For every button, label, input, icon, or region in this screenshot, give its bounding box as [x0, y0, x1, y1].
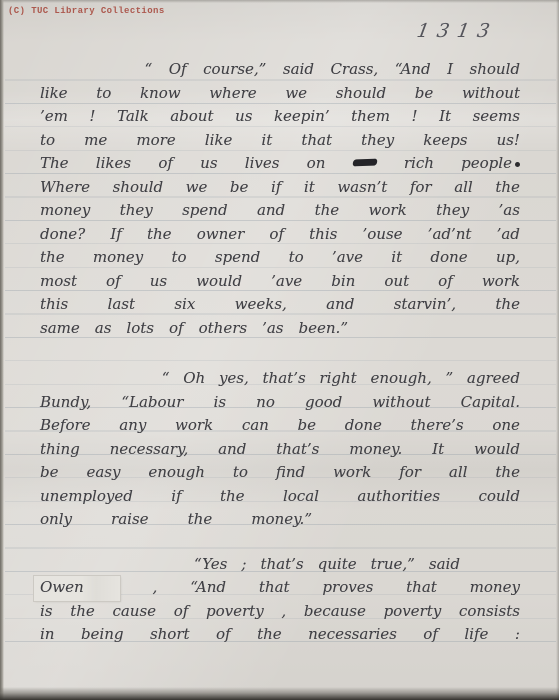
word: others	[199, 317, 247, 341]
word: of	[438, 270, 453, 294]
word: for	[399, 461, 421, 485]
word: where	[209, 82, 256, 106]
word: be	[40, 461, 58, 485]
word: If	[110, 223, 121, 247]
word: of	[269, 223, 284, 247]
word: us	[200, 152, 217, 176]
word: poverty	[206, 600, 264, 624]
word: money	[93, 246, 143, 270]
word: me	[84, 129, 107, 153]
word: easy	[86, 461, 120, 485]
word: they	[436, 199, 469, 223]
word: weeks,	[235, 293, 287, 317]
word: money.”	[251, 508, 312, 532]
word: that’s	[263, 367, 306, 391]
word: more	[136, 129, 175, 153]
word: of	[106, 270, 121, 294]
word: the	[188, 508, 213, 532]
word: ’ouse	[362, 223, 402, 247]
word: that’s	[260, 553, 303, 577]
word: most	[40, 270, 77, 294]
manuscript-line: tomemorelikeitthattheykeepsus!	[40, 129, 520, 153]
word: ”	[445, 367, 453, 391]
word: would	[474, 438, 520, 462]
handwritten-text: “Ofcourse,”saidCrass,“AndIshouldliketokn…	[40, 58, 520, 647]
word: this	[309, 223, 337, 247]
word: ,	[281, 600, 286, 624]
word: about	[170, 105, 213, 129]
manuscript-line: Thelikesofuslivesonrichpeople	[40, 152, 520, 176]
manuscript-line: Owen,“Andthatprovesthatmoney	[40, 576, 520, 600]
word: up,	[496, 246, 520, 270]
word: ’ave	[332, 246, 363, 270]
word: they	[361, 129, 394, 153]
word: consists	[459, 600, 520, 624]
word: done?	[40, 223, 85, 247]
word: enough	[148, 461, 205, 485]
word: “	[145, 58, 153, 82]
word: right	[319, 367, 356, 391]
word: it	[261, 129, 272, 153]
word: be	[415, 82, 433, 106]
word: is	[40, 600, 53, 624]
manuscript-line: mostofuswould’avebinoutofwork	[40, 270, 520, 294]
word: local	[283, 485, 319, 509]
word: like	[40, 82, 68, 106]
manuscript-line: Whereshouldwebeifitwasn’tforallthe	[40, 176, 520, 200]
word: no	[256, 391, 275, 415]
word: know	[140, 82, 181, 106]
manuscript-line: ’em!Talkaboutuskeepin’them!Itseems	[40, 105, 520, 129]
word: Oh	[183, 367, 205, 391]
manuscript-line: thingnecessary,andthat’smoney.Itwould	[40, 438, 520, 462]
word: Bundy,	[40, 391, 91, 415]
word: people	[461, 152, 520, 176]
word: Where	[40, 176, 90, 200]
word: that	[301, 129, 332, 153]
word: short	[150, 623, 190, 647]
page-number: 1313	[415, 20, 499, 42]
word: to	[40, 129, 55, 153]
word: all	[449, 461, 468, 485]
manuscript-line: themoneytospendto’aveitdoneup,	[40, 246, 520, 270]
word: starvin’,	[394, 293, 456, 317]
word: and	[218, 438, 246, 462]
manuscript-line: done?Iftheownerofthis’ouse’ad’nt’ad	[40, 223, 520, 247]
word: quite	[318, 553, 357, 577]
word: It	[439, 105, 451, 129]
word: lots	[126, 317, 154, 341]
word: the	[495, 293, 520, 317]
word: thing	[40, 438, 80, 462]
ink-dot	[515, 162, 520, 167]
manuscript-line: Bundy,“LabourisnogoodwithoutCapital.	[40, 391, 520, 415]
word: if	[271, 176, 281, 200]
paragraph: “Ohyes,that’srightenough,”agreedBundy,“L…	[40, 367, 520, 532]
word: like	[205, 129, 233, 153]
word: ;	[241, 553, 246, 577]
word: lives	[245, 152, 280, 176]
word: it	[391, 246, 402, 270]
word: that	[259, 576, 290, 600]
manuscript-line: unemployedifthelocalauthoritiescould	[40, 485, 520, 509]
word: raise	[111, 508, 149, 532]
word: being	[81, 623, 124, 647]
word: yes,	[219, 367, 249, 391]
manuscript-line: liketoknowwhereweshouldbewithout	[40, 82, 520, 106]
word: work	[175, 414, 213, 438]
word: to	[171, 246, 186, 270]
word: without	[372, 391, 430, 415]
word: of	[169, 317, 184, 341]
word: good	[305, 391, 342, 415]
word: the	[147, 223, 172, 247]
word: money.	[349, 438, 402, 462]
word: “Labour	[121, 391, 183, 415]
library-watermark: (C) TUC Library Collections	[8, 6, 165, 16]
word: ,	[153, 576, 158, 600]
word: Owen	[40, 576, 120, 601]
word: owner	[197, 223, 245, 247]
word: last	[108, 293, 135, 317]
word: us	[235, 105, 252, 129]
word: money	[40, 199, 90, 223]
word: necessaries	[308, 623, 397, 647]
word: said	[283, 58, 314, 82]
word: Capital.	[461, 391, 520, 415]
word: for	[410, 176, 432, 200]
word: The	[40, 152, 69, 176]
word: agreed	[467, 367, 520, 391]
word: and	[326, 293, 354, 317]
word: all	[454, 176, 473, 200]
manuscript-page: (C) TUC Library Collections 1313 “Ofcour…	[0, 0, 559, 700]
word: seems	[473, 105, 520, 129]
word: cause	[112, 600, 156, 624]
word: the	[315, 199, 340, 223]
word: if	[171, 485, 181, 509]
word: !	[89, 105, 95, 129]
word: “Yes	[194, 553, 227, 577]
word: done	[430, 246, 467, 270]
page-edge-bottom	[0, 687, 559, 700]
word: Crass,	[330, 58, 378, 82]
word: to	[96, 82, 111, 106]
word: ’ad’nt	[428, 223, 472, 247]
word: we	[285, 82, 307, 106]
word: ’ave	[271, 270, 302, 294]
word: that’s	[276, 438, 319, 462]
word: could	[478, 485, 520, 509]
word: to	[289, 246, 304, 270]
word	[353, 152, 377, 176]
word: of	[174, 600, 189, 624]
page-edge-left	[0, 0, 4, 700]
word: it	[304, 176, 315, 200]
word: be	[230, 176, 248, 200]
word: I	[447, 58, 453, 82]
word: necessary,	[110, 438, 189, 462]
word: to	[233, 461, 248, 485]
word: same	[40, 317, 80, 341]
word: find	[276, 461, 305, 485]
word: be	[298, 414, 316, 438]
word: keepin’	[274, 105, 330, 129]
word: Talk	[117, 105, 149, 129]
word: should	[336, 82, 386, 106]
word: spend	[182, 199, 227, 223]
word: and	[257, 199, 285, 223]
word: should	[113, 176, 163, 200]
word: us!	[497, 129, 520, 153]
word: only	[40, 508, 72, 532]
word: money	[470, 576, 520, 600]
word: work	[333, 461, 371, 485]
word: enough,	[370, 367, 431, 391]
word: because	[304, 600, 366, 624]
word: is	[214, 391, 227, 415]
word: the	[495, 461, 520, 485]
word: six	[174, 293, 195, 317]
word: “And	[190, 576, 226, 600]
word: work	[482, 270, 520, 294]
manuscript-line: “Yes;that’squitetrue,”said	[40, 553, 460, 577]
word: the	[220, 485, 245, 509]
word: this	[40, 293, 68, 317]
manuscript-line: isthecauseofpoverty,becausepovertyconsis…	[40, 600, 520, 624]
word: “And	[395, 58, 431, 82]
word: likes	[96, 152, 131, 176]
word: one	[492, 414, 520, 438]
word: as	[95, 317, 112, 341]
word: “	[162, 367, 170, 391]
word: any	[119, 414, 146, 438]
word: rich	[404, 152, 434, 176]
word: keeps	[423, 129, 467, 153]
word: of	[423, 623, 438, 647]
manuscript-line: “Ofcourse,”saidCrass,“AndIshould	[40, 58, 520, 82]
word: true,”	[371, 553, 415, 577]
word: said	[429, 553, 460, 577]
word: that	[406, 576, 437, 600]
word: in	[40, 623, 54, 647]
correction-patch: Owen	[34, 576, 120, 601]
word: work	[369, 199, 407, 223]
word: It	[432, 438, 444, 462]
word: of	[216, 623, 231, 647]
word: the	[40, 246, 65, 270]
manuscript-line: Beforeanyworkcanbedonethere’sone	[40, 414, 520, 438]
word: !	[412, 105, 418, 129]
word: out	[384, 270, 409, 294]
word: should	[470, 58, 520, 82]
word: :	[515, 623, 520, 647]
word: the	[257, 623, 282, 647]
page-edge-top	[0, 0, 559, 3]
manuscript-line: onlyraisethemoney.”	[40, 508, 312, 532]
word: would	[196, 270, 242, 294]
word: the	[70, 600, 95, 624]
word: us	[150, 270, 167, 294]
paragraph: “Yes;that’squitetrue,”saidOwen,“Andthatp…	[40, 553, 520, 647]
manuscript-line: thislastsixweeks,andstarvin’,the	[40, 293, 520, 317]
word: ’em	[40, 105, 68, 129]
word: wasn’t	[337, 176, 387, 200]
word: life	[464, 623, 488, 647]
word: of	[158, 152, 173, 176]
word: bin	[331, 270, 355, 294]
manuscript-line: inbeingshortofthenecessariesoflife:	[40, 623, 520, 647]
word: spend	[215, 246, 260, 270]
manuscript-line: moneytheyspendandtheworkthey’as	[40, 199, 520, 223]
word: ’ad	[497, 223, 520, 247]
word: unemployed	[40, 485, 133, 509]
manuscript-line: sameaslotsofothers’asbeen.”	[40, 317, 348, 341]
word: poverty	[384, 600, 442, 624]
word: can	[242, 414, 269, 438]
word: we	[186, 176, 208, 200]
word: without	[462, 82, 520, 106]
word: ’as	[499, 199, 520, 223]
word: they	[120, 199, 153, 223]
word: Of	[169, 58, 187, 82]
word: on	[307, 152, 326, 176]
word: Before	[40, 414, 91, 438]
word: the	[495, 176, 520, 200]
paragraph: “Ofcourse,”saidCrass,“AndIshouldliketokn…	[40, 58, 520, 340]
word: been.”	[299, 317, 348, 341]
word: course,”	[203, 58, 266, 82]
word: authorities	[357, 485, 440, 509]
word: done	[345, 414, 382, 438]
word: proves	[322, 576, 373, 600]
manuscript-line: “Ohyes,that’srightenough,”agreed	[40, 367, 520, 391]
word: ’as	[262, 317, 283, 341]
scribbled-out-word	[352, 159, 377, 167]
word: there’s	[411, 414, 464, 438]
word: them	[351, 105, 390, 129]
manuscript-line: beeasyenoughtofindworkforallthe	[40, 461, 520, 485]
